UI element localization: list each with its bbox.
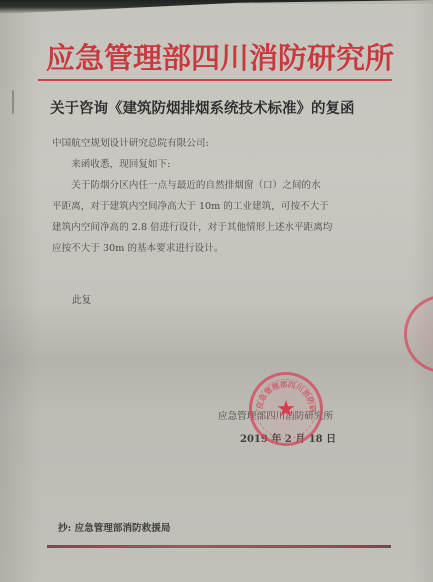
body-line: 关于防烟分区内任一点与最近的自然排烟窗（口）之间的水 xyxy=(52,175,370,196)
paper-shadow xyxy=(0,300,433,420)
margin-mark xyxy=(12,90,14,114)
document-title: 关于咨询《建筑防烟排烟系统技术标准》的复函 xyxy=(50,97,390,118)
body-line: 建筑内空间净高的 2.8 倍进行设计，对于其他情形上述水平距离均 xyxy=(52,217,370,238)
document-paper xyxy=(0,4,433,582)
paper-right-edge xyxy=(411,0,433,582)
letterhead: 应急管理部四川消防研究所 xyxy=(45,36,395,77)
letterhead-rule xyxy=(38,79,392,81)
addressee: 中国航空规划设计研究总院有限公司: xyxy=(52,133,370,154)
star-icon: ★ xyxy=(276,399,296,421)
body-line: 平距离，对于建筑内空间净高大于 10m 的工业建筑，可按不大于 xyxy=(52,196,370,217)
closing: 此复 xyxy=(72,292,91,306)
cc-line: 抄: 应急管理部消防救援局 xyxy=(58,520,170,534)
opening-line: 来函收悉，现回复如下: xyxy=(52,154,370,175)
document-body: 中国航空规划设计研究总院有限公司: 来函收悉，现回复如下: 关于防烟分区内任一点… xyxy=(52,133,370,259)
footer-rule xyxy=(47,545,391,548)
paper-left-edge xyxy=(0,0,40,582)
official-seal-stamp: 应急管理部四川消防研究所 ★ xyxy=(249,372,323,446)
body-line: 应按不大于 30m 的基本要求进行设计。 xyxy=(52,238,370,259)
